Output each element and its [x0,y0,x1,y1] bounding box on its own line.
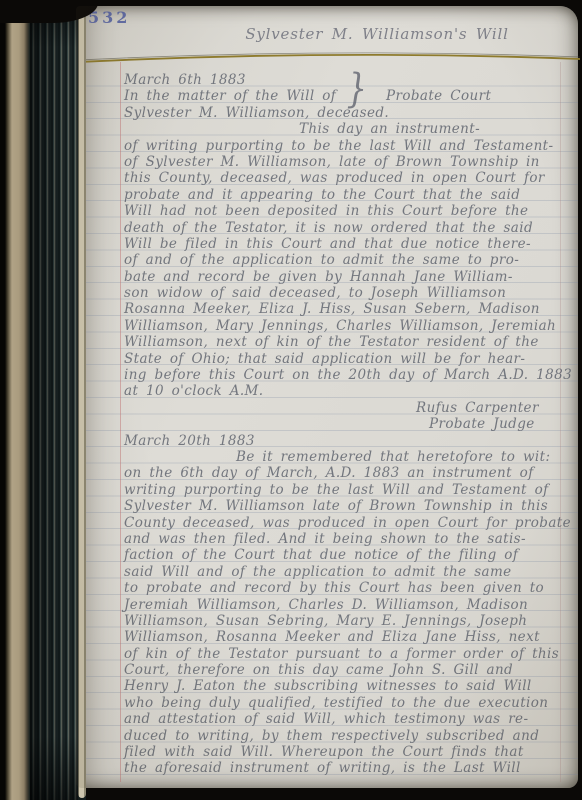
body-line: Sylvester M. Williamson late of Brown To… [124,498,570,514]
body-line: Henry J. Eaton the subscribing witnesses… [124,678,570,694]
left-margin-line [120,62,121,782]
body-line: County deceased, was produced in open Co… [124,515,570,531]
body-line: Williamson, next of kin of the Testator … [124,334,570,350]
body-line: son widow of said deceased, to Joseph Wi… [124,285,570,301]
body-line: bate and record be given by Hannah Jane … [124,269,570,285]
body-line: Jeremiah Williamson, Charles D. Williams… [124,597,570,613]
body-line: This day an instrument- [124,121,570,137]
body-line: said Will and of the application to admi… [124,564,570,580]
body-line: of kin of the Testator pursuant to a for… [124,646,570,662]
probate-court-label: Probate Court [386,88,491,104]
body-line: State of Ohio; that said application wil… [124,351,570,367]
body-line: of writing purporting to be the last Wil… [124,138,570,154]
body-line: faction of the Court that due notice of … [124,547,570,563]
book-binding [0,0,86,800]
handwritten-text: March 6th 1883 In the matter of the Will… [124,72,570,777]
body-line: of and of the application to admit the s… [124,252,570,268]
body-line: Be it remembered that heretofore to wit: [124,449,570,465]
body-line: who being duly qualified, testified to t… [124,695,570,711]
body-line: ing before this Court on the 20th day of… [124,367,570,383]
record-book-page: 532 Sylvester M. Williamson's Will March… [76,6,578,788]
entry2-date: March 20th 1883 [124,433,570,449]
body-line: Will had not been deposited in this Cour… [124,203,570,219]
body-line: writing purporting to be the last Will a… [124,482,570,498]
previous-page-edge [78,2,86,798]
caption-brace: } [347,81,368,97]
body-line: at 10 o'clock A.M. [124,383,570,399]
scanned-record-book-photo: 532 Sylvester M. Williamson's Will March… [0,0,582,800]
case-caption: In the matter of the Will of Sylvester M… [124,88,570,121]
header-rule [60,50,580,68]
body-line: and attestation of said Will, which test… [124,711,570,727]
body-line: Williamson, Susan Sebring, Mary E. Jenni… [124,613,570,629]
body-line: Williamson, Mary Jennings, Charles Willi… [124,318,570,334]
body-line: Will be filed in this Court and that due… [124,236,570,252]
body-line: of Sylvester M. Williamson, late of Brow… [124,154,570,170]
body-line: Williamson, Rosanna Meeker and Eliza Jan… [124,629,570,645]
body-line: this County, deceased, was produced in o… [124,170,570,186]
body-line: death of the Testator, it is now ordered… [124,220,570,236]
body-line: Rosanna Meeker, Eliza J. Hiss, Susan Seb… [124,301,570,317]
body-line: duced to writing, by them respectively s… [124,728,570,744]
body-line: probate and it appearing to the Court th… [124,187,570,203]
body-line: Court, therefore on this day came John S… [124,662,570,678]
judge-signature-title: Probate Judge [124,416,570,432]
page-number: 532 [88,8,130,27]
page-edges-shading [30,0,78,800]
judge-signature-name: Rufus Carpenter [124,400,570,416]
body-line: to probate and record by this Court has … [124,580,570,596]
body-line: the aforesaid instrument of writing, is … [124,760,570,776]
body-line: on the 6th day of March, A.D. 1883 an in… [124,465,570,481]
body-line: filed with said Will. Whereupon the Cour… [124,744,570,760]
running-head-title: Sylvester M. Williamson's Will [226,25,528,43]
body-line: and was then filed. And it being shown t… [124,531,570,547]
